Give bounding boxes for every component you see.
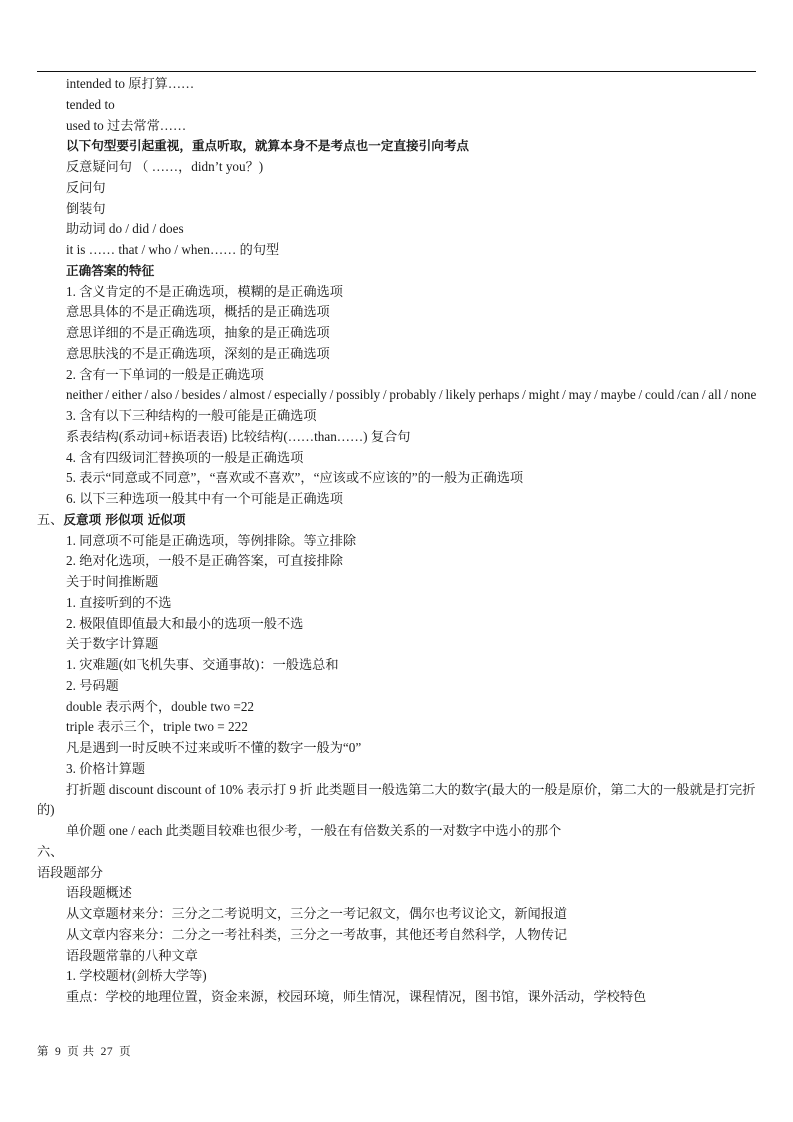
text-line: 单价题 one / each 此类题目较难也很少考，一般在有倍数关系的一对数字中…: [37, 821, 757, 842]
subheading: 语段题常靠的八种文章: [37, 946, 757, 967]
text-line: 重点：学校的地理位置，资金来源，校园环境，师生情况，课程情况，图书馆，课外活动，…: [37, 987, 757, 1008]
text-line: 2. 号码题: [37, 676, 757, 697]
word-list-paragraph: neither / either / also / besides / almo…: [37, 385, 757, 406]
text-line: triple 表示三个，triple two = 222: [37, 717, 757, 738]
text-line: 意思肤浅的不是正确选项，深刻的是正确选项: [37, 344, 757, 365]
section-title: 反意项 形似项 近似项: [63, 512, 185, 527]
text-line: 1. 含义肯定的不是正确选项，模糊的是正确选项: [37, 282, 757, 303]
text-line: 2. 极限值即值最大和最小的选项一般不选: [37, 614, 757, 635]
bold-heading: 正确答案的特征: [37, 261, 757, 282]
text-line: 2. 含有一下单词的一般是正确选项: [37, 365, 757, 386]
text-line: 系表结构(系动词+标语表语) 比较结构(……than……) 复合句: [37, 427, 757, 448]
text-line: 1. 学校题材(剑桥大学等): [37, 966, 757, 987]
page-footer: 第9页 共27页: [37, 1043, 137, 1059]
section-6-title: 语段题部分: [37, 863, 757, 884]
text-line: 3. 含有以下三种结构的一般可能是正确选项: [37, 406, 757, 427]
section-5-heading: 五、反意项 形似项 近似项: [37, 510, 757, 531]
text-line: 从文章题材来分：三分之二考说明文，三分之一考记叙文，偶尔也考议论文，新闻报道: [37, 904, 757, 925]
header-rule: [37, 71, 756, 72]
bold-heading: 以下句型要引起重视，重点听取，就算本身不是考点也一定直接引向考点: [37, 136, 757, 157]
page-number: 9: [55, 1046, 61, 1058]
subheading: 关于数字计算题: [37, 634, 757, 655]
page-label-mid: 页 共: [67, 1046, 94, 1058]
discount-paragraph: 打折题 discount discount of 10% 表示打 9 折 此类题…: [37, 780, 757, 822]
text-line: 1. 同意项不可能是正确选项，等例排除。等立排除: [37, 531, 757, 552]
text-line: 从文章内容来分：二分之一考社科类，三分之一考故事，其他还考自然科学，人物传记: [37, 925, 757, 946]
total-pages: 27: [101, 1046, 114, 1058]
text-line: 倒装句: [37, 199, 757, 220]
section-number: 五、: [37, 512, 63, 527]
subheading: 关于时间推断题: [37, 572, 757, 593]
text-line: 反问句: [37, 178, 757, 199]
text-line: 意思详细的不是正确选项，抽象的是正确选项: [37, 323, 757, 344]
section-6-number: 六、: [37, 842, 757, 863]
text-line: used to 过去常常……: [37, 116, 757, 137]
subheading: 语段题概述: [37, 883, 757, 904]
text-line: 2. 绝对化选项，一般不是正确答案，可直接排除: [37, 551, 757, 572]
text-line: 助动词 do / did / does: [37, 219, 757, 240]
text-line: 4. 含有四级词汇替换项的一般是正确选项: [37, 448, 757, 469]
text-line: 6. 以下三种选项一般其中有一个可能是正确选项: [37, 489, 757, 510]
text-line: 意思具体的不是正确选项，概括的是正确选项: [37, 302, 757, 323]
text-line: 1. 灾难题(如飞机失事、交通事故)：一般选总和: [37, 655, 757, 676]
text-line: intended to 原打算……: [37, 74, 757, 95]
page-content: intended to 原打算…… tended to used to 过去常常…: [37, 74, 757, 1008]
text-line: 反意疑问句 （ ……，didn’t you？): [37, 157, 757, 178]
text-line: 5. 表示“同意或不同意”，“喜欢或不喜欢”，“应该或不应该的”的一般为正确选项: [37, 468, 757, 489]
text-line: 3. 价格计算题: [37, 759, 757, 780]
text-line: it is …… that / who / when…… 的句型: [37, 240, 757, 261]
text-line: double 表示两个，double two =22: [37, 697, 757, 718]
page-label-suffix: 页: [119, 1046, 131, 1058]
text-line: 1. 直接听到的不选: [37, 593, 757, 614]
text-line: tended to: [37, 95, 757, 116]
text-line: 凡是遇到一时反映不过来或听不懂的数字一般为“0”: [37, 738, 757, 759]
page-label-prefix: 第: [37, 1046, 49, 1058]
